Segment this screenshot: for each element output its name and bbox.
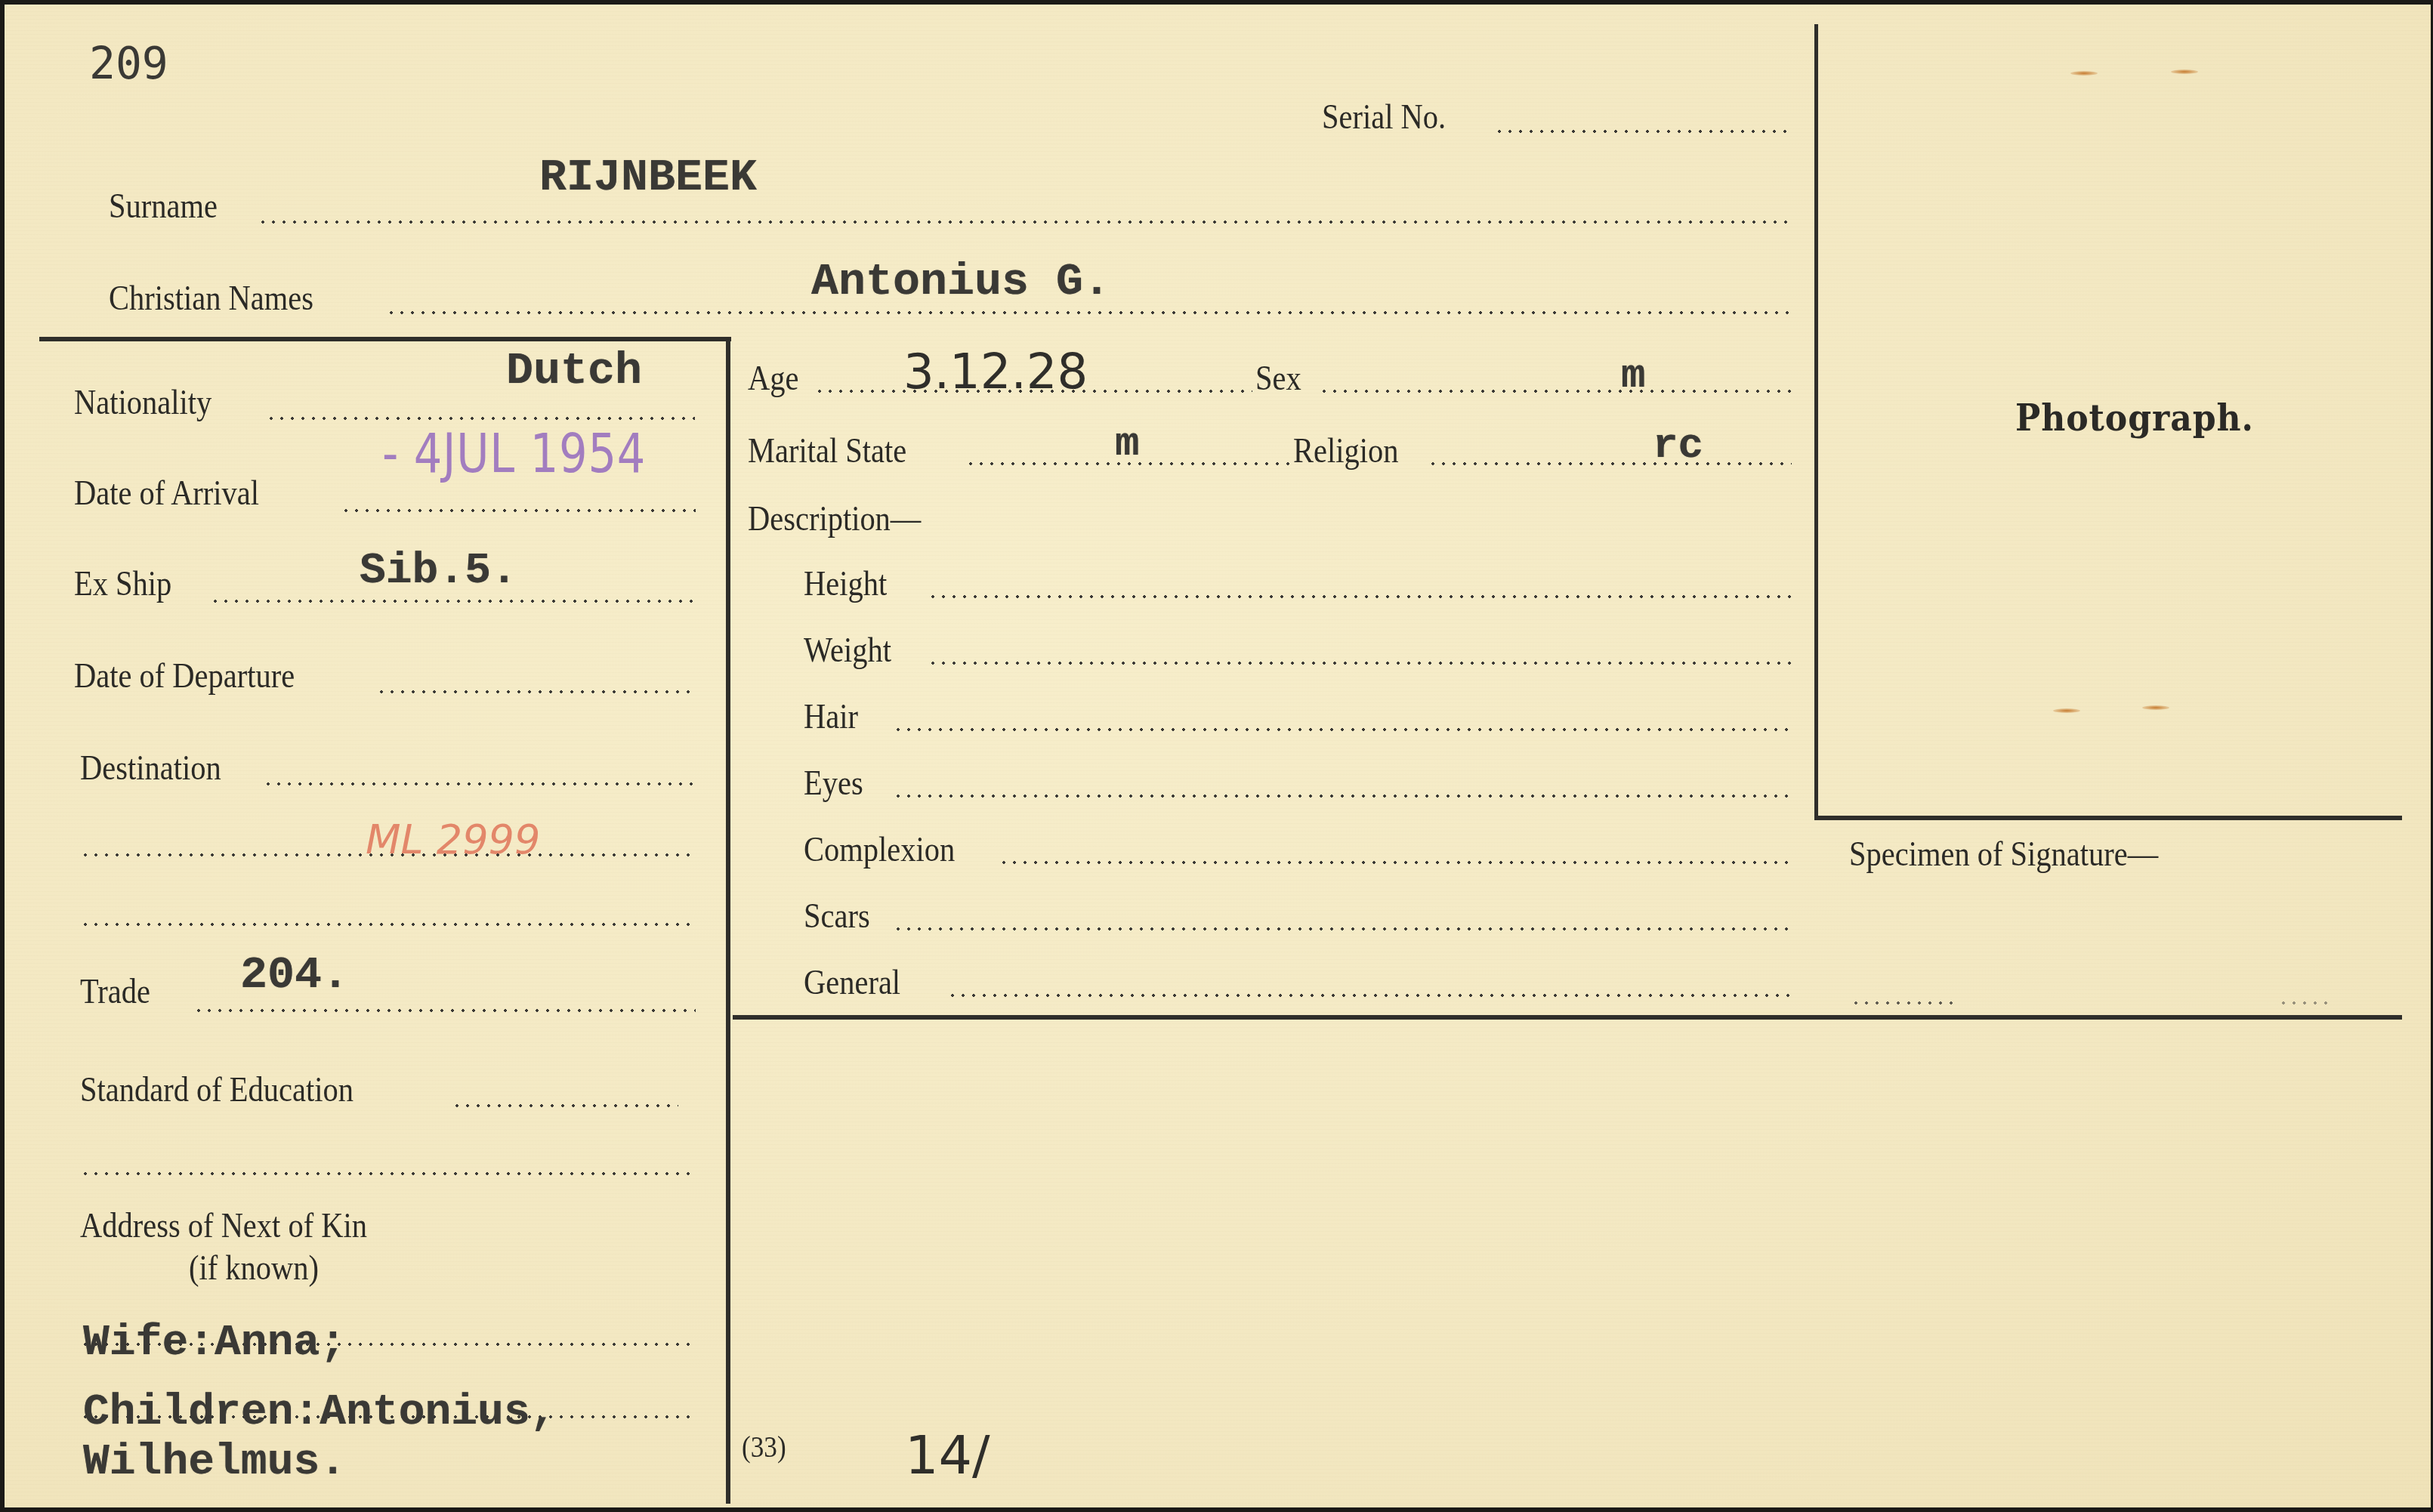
marital-state-label: Marital State <box>748 430 906 471</box>
destination-field-line-2[interactable] <box>80 853 696 856</box>
height-field[interactable] <box>928 595 1792 598</box>
eyes-field[interactable] <box>893 795 1792 798</box>
photo-box-bottom-rule <box>1814 816 2402 820</box>
religion-field[interactable] <box>1428 462 1792 465</box>
signature-field[interactable] <box>1851 1001 1956 1004</box>
nationality-value: Dutch <box>506 346 642 397</box>
serial-no-field[interactable] <box>1494 130 1793 133</box>
weight-label: Weight <box>804 630 891 670</box>
destination-field-line-3[interactable] <box>80 923 692 926</box>
nationality-label: Nationality <box>74 382 211 422</box>
trade-field[interactable] <box>193 1009 696 1012</box>
ex-ship-field[interactable] <box>210 600 696 603</box>
ex-ship-label: Ex Ship <box>74 563 171 603</box>
photograph-area <box>1825 35 2399 813</box>
serial-no-label: Serial No. <box>1322 97 1446 137</box>
general-field[interactable] <box>947 994 1792 997</box>
christian-names-field[interactable] <box>386 311 1793 314</box>
age-label: Age <box>748 358 798 398</box>
christian-names-value: Antonius G. <box>811 257 1110 308</box>
hair-field[interactable] <box>893 728 1792 731</box>
card-number: 209 <box>89 38 168 89</box>
religion-label: Religion <box>1293 430 1398 471</box>
standard-of-education-field[interactable] <box>452 1104 678 1107</box>
next-of-kin-label: Address of Next of Kin <box>80 1205 367 1245</box>
eyes-label: Eyes <box>804 763 863 803</box>
date-of-arrival-label: Date of Arrival <box>74 473 259 513</box>
age-field[interactable] <box>814 390 1252 393</box>
arrival-date-stamp: - 4JUL 1954 <box>382 421 646 485</box>
marital-state-field[interactable] <box>965 462 1290 465</box>
date-of-arrival-field[interactable] <box>341 509 696 512</box>
form-code: (33) <box>742 1429 786 1464</box>
scars-field[interactable] <box>893 927 1792 930</box>
surname-field[interactable] <box>258 221 1793 224</box>
left-column-divider <box>726 337 730 1504</box>
date-of-departure-label: Date of Departure <box>74 656 295 696</box>
photo-box-left-rule <box>1814 24 1818 820</box>
description-label: Description— <box>748 498 921 538</box>
trade-label: Trade <box>80 971 150 1011</box>
surname-value: RIJNBEEK <box>539 153 757 204</box>
religion-value: rc <box>1653 421 1703 470</box>
nationality-field[interactable] <box>266 417 695 420</box>
general-label: General <box>804 962 900 1002</box>
complexion-field[interactable] <box>999 861 1792 864</box>
description-bottom-rule <box>733 1015 2402 1020</box>
hair-label: Hair <box>804 696 858 736</box>
sex-label: Sex <box>1255 358 1301 398</box>
ex-ship-value: Sib.5. <box>360 547 517 596</box>
sex-field[interactable] <box>1319 390 1792 393</box>
left-top-rule <box>39 337 731 341</box>
scars-label: Scars <box>804 896 870 936</box>
next-of-kin-sublabel: (if known) <box>189 1248 319 1288</box>
weight-field[interactable] <box>928 662 1792 665</box>
next-of-kin-line-3: Wilhelmus. <box>83 1438 346 1487</box>
next-of-kin-line-2: Children:Antonius, <box>83 1388 557 1437</box>
standard-of-education-label: Standard of Education <box>80 1069 354 1109</box>
trade-value: 204. <box>240 950 349 1001</box>
sex-value: m <box>1621 353 1645 400</box>
destination-field[interactable] <box>263 782 696 785</box>
complexion-label: Complexion <box>804 829 955 869</box>
christian-names-label: Christian Names <box>109 278 313 318</box>
surname-label: Surname <box>109 186 218 226</box>
registration-card: 209 Serial No. RIJNBEEK Surname Antonius… <box>5 5 2431 1507</box>
destination-label: Destination <box>80 748 221 788</box>
handwritten-note: 14/ <box>905 1424 990 1486</box>
marital-state-value: m <box>1115 421 1139 467</box>
signature-label: Specimen of Signature— <box>1849 834 2158 874</box>
standard-of-education-field-line-2[interactable] <box>80 1172 696 1175</box>
signature-field-end <box>2278 1001 2331 1004</box>
height-label: Height <box>804 563 887 603</box>
next-of-kin-line-1: Wife:Anna; <box>83 1319 346 1368</box>
date-of-departure-field[interactable] <box>376 690 696 693</box>
